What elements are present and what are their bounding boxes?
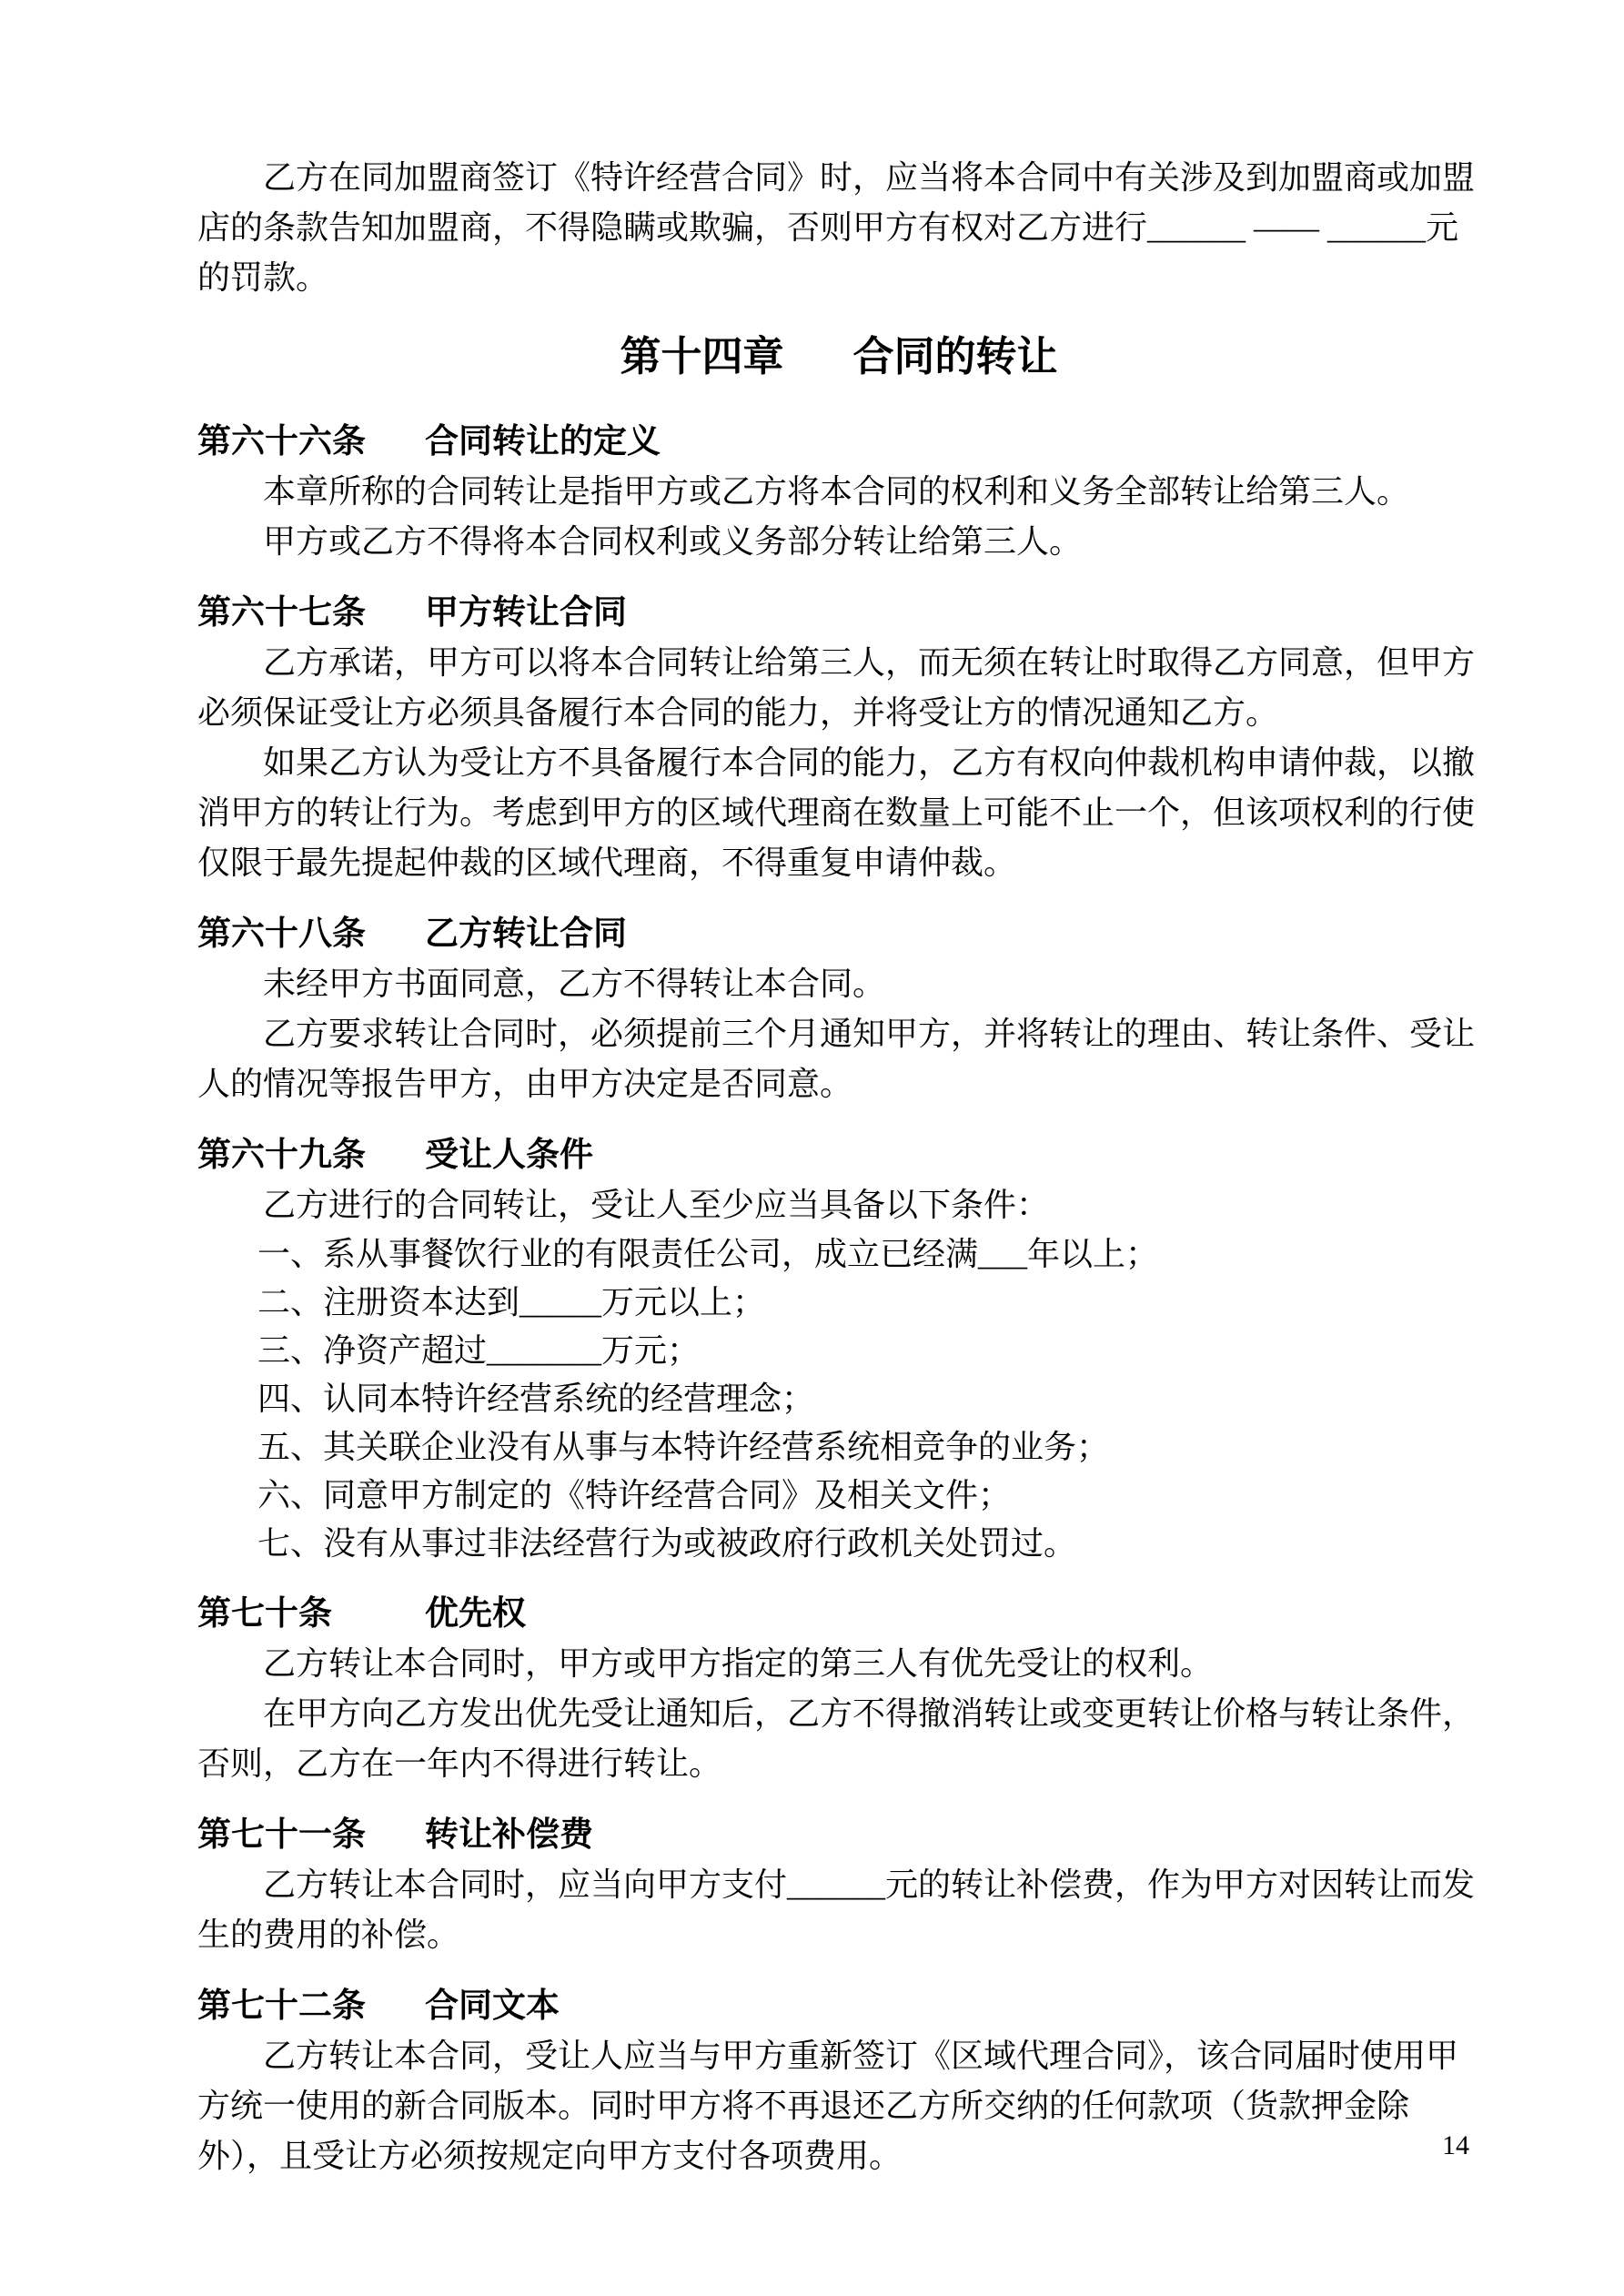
section-number: 第六十六条 bbox=[197, 416, 425, 467]
section-67: 第六十七条甲方转让合同 乙方承诺，甲方可以将本合同转让给第三人，而无须在转让时取… bbox=[197, 587, 1480, 888]
section-title: 优先权 bbox=[425, 1594, 526, 1632]
section-heading: 第七十二条合同文本 bbox=[197, 1980, 1480, 2031]
section-number: 第六十七条 bbox=[197, 587, 425, 638]
section-heading: 第六十七条甲方转让合同 bbox=[197, 587, 1480, 638]
section-number: 第七十一条 bbox=[197, 1809, 425, 1860]
paragraph: 乙方转让本合同时，甲方或甲方指定的第三人有优先受让的权利。 bbox=[197, 1639, 1480, 1689]
paragraph: 乙方进行的合同转让，受让人至少应当具备以下条件： bbox=[197, 1180, 1480, 1230]
section-number: 第七十二条 bbox=[197, 1980, 425, 2031]
section-69: 第六十九条受让人条件 乙方进行的合同转让，受让人至少应当具备以下条件： 一、系从… bbox=[197, 1129, 1480, 1568]
section-heading: 第七十一条转让补偿费 bbox=[197, 1809, 1480, 1860]
section-heading: 第六十九条受让人条件 bbox=[197, 1129, 1480, 1180]
paragraph: 在甲方向乙方发出优先受让通知后，乙方不得撤消转让或变更转让价格与转让条件，否则，… bbox=[197, 1689, 1480, 1789]
paragraph: 未经甲方书面同意，乙方不得转让本合同。 bbox=[197, 959, 1480, 1009]
section-heading: 第六十八条乙方转让合同 bbox=[197, 908, 1480, 959]
list-item: 七、没有从事过非法经营行为或被政府行政机关处罚过。 bbox=[197, 1520, 1480, 1568]
paragraph: 本章所称的合同转让是指甲方或乙方将本合同的权利和义务全部转让给第三人。 bbox=[197, 467, 1480, 517]
list-item: 一、系从事餐饮行业的有限责任公司，成立已经满___年以上； bbox=[197, 1230, 1480, 1279]
section-heading: 第七十条优先权 bbox=[197, 1588, 1480, 1639]
list-item: 六、同意甲方制定的《特许经营合同》及相关文件； bbox=[197, 1472, 1480, 1520]
list-item: 五、其关联企业没有从事与本特许经营系统相竞争的业务； bbox=[197, 1423, 1480, 1472]
section-title: 合同文本 bbox=[425, 1987, 560, 2024]
chapter-title: 合同的转让 bbox=[853, 333, 1058, 379]
paragraph: 乙方转让本合同时，应当向甲方支付______元的转让补偿费，作为甲方对因转让而发… bbox=[197, 1860, 1480, 1960]
section-66: 第六十六条合同转让的定义 本章所称的合同转让是指甲方或乙方将本合同的权利和义务全… bbox=[197, 416, 1480, 567]
chapter-number: 第十四章 bbox=[620, 333, 783, 379]
section-title: 合同转让的定义 bbox=[425, 422, 661, 460]
section-title: 甲方转让合同 bbox=[425, 593, 627, 631]
section-71: 第七十一条转让补偿费 乙方转让本合同时，应当向甲方支付______元的转让补偿费… bbox=[197, 1809, 1480, 1960]
list-item: 三、净资产超过_______万元； bbox=[197, 1327, 1480, 1375]
paragraph: 乙方承诺，甲方可以将本合同转让给第三人，而无须在转让时取得乙方同意，但甲方必须保… bbox=[197, 638, 1480, 738]
section-heading: 第六十六条合同转让的定义 bbox=[197, 416, 1480, 467]
list-item: 二、注册资本达到_____万元以上； bbox=[197, 1279, 1480, 1327]
section-70: 第七十条优先权 乙方转让本合同时，甲方或甲方指定的第三人有优先受让的权利。 在甲… bbox=[197, 1588, 1480, 1789]
section-68: 第六十八条乙方转让合同 未经甲方书面同意，乙方不得转让本合同。 乙方要求转让合同… bbox=[197, 908, 1480, 1109]
section-title: 乙方转让合同 bbox=[425, 915, 627, 952]
section-title: 转让补偿费 bbox=[425, 1816, 593, 1853]
section-number: 第六十九条 bbox=[197, 1129, 425, 1180]
page-number: 14 bbox=[1442, 2129, 1469, 2162]
chapter-heading: 第十四章合同的转让 bbox=[197, 329, 1480, 385]
intro-paragraph: 乙方在同加盟商签订《特许经营合同》时，应当将本合同中有关涉及到加盟商或加盟店的条… bbox=[197, 153, 1480, 303]
section-72: 第七十二条合同文本 乙方转让本合同，受让人应当与甲方重新签订《区域代理合同》，该… bbox=[197, 1980, 1480, 2181]
paragraph: 甲方或乙方不得将本合同权利或义务部分转让给第三人。 bbox=[197, 517, 1480, 567]
list-item: 四、认同本特许经营系统的经营理念； bbox=[197, 1375, 1480, 1423]
paragraph: 乙方转让本合同，受让人应当与甲方重新签订《区域代理合同》，该合同届时使用甲方统一… bbox=[197, 2031, 1480, 2181]
document-page: 乙方在同加盟商签订《特许经营合同》时，应当将本合同中有关涉及到加盟商或加盟店的条… bbox=[0, 0, 1624, 2296]
section-number: 第六十八条 bbox=[197, 908, 425, 959]
section-title: 受让人条件 bbox=[425, 1136, 593, 1173]
paragraph: 如果乙方认为受让方不具备履行本合同的能力，乙方有权向仲裁机构申请仲裁，以撤消甲方… bbox=[197, 738, 1480, 888]
section-number: 第七十条 bbox=[197, 1588, 425, 1639]
paragraph: 乙方要求转让合同时，必须提前三个月通知甲方，并将转让的理由、转让条件、受让人的情… bbox=[197, 1009, 1480, 1109]
